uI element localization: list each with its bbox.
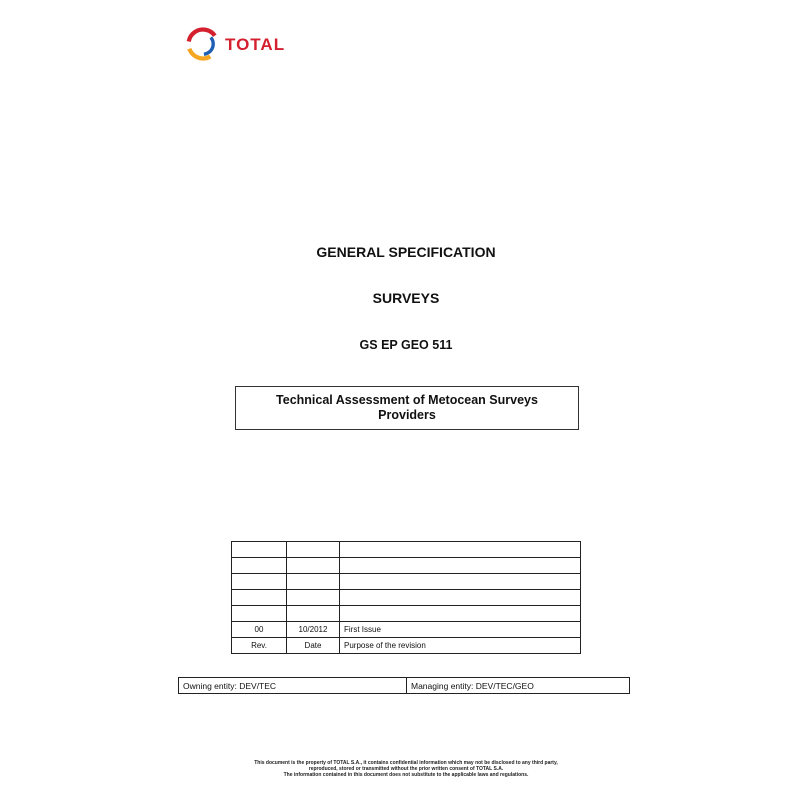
table-row [232,542,581,558]
total-logo-icon [186,27,220,61]
document-reference: GS EP GEO 511 [0,338,800,352]
company-logo: TOTAL [186,27,285,61]
purpose-cell [340,542,581,558]
confidentiality-notice: This document is the property of TOTAL S… [0,760,800,778]
table-row [232,606,581,622]
purpose-cell: First Issue [340,622,581,638]
date-cell [287,590,340,606]
date-header: Date [287,638,340,654]
subject-line-2: Providers [236,408,578,423]
rev-header: Rev. [232,638,287,654]
entity-table: Owning entity: DEV/TEC Managing entity: … [178,677,630,694]
date-cell [287,558,340,574]
table-row [232,574,581,590]
rev-cell [232,558,287,574]
document-title: GENERAL SPECIFICATION [0,244,800,260]
date-cell: 10/2012 [287,622,340,638]
date-cell [287,542,340,558]
subject-line-1: Technical Assessment of Metocean Surveys [236,393,578,408]
purpose-cell [340,574,581,590]
subject-box: Technical Assessment of Metocean Surveys… [235,386,579,430]
purpose-header: Purpose of the revision [340,638,581,654]
logo-text: TOTAL [225,35,285,55]
rev-cell [232,606,287,622]
table-row: Owning entity: DEV/TEC Managing entity: … [179,678,630,694]
revision-table: 00 10/2012 First Issue Rev. Date Purpose… [231,541,581,654]
date-cell [287,606,340,622]
table-row [232,590,581,606]
table-row [232,558,581,574]
footer-line-3: The information contained in this docume… [0,772,800,778]
managing-entity: Managing entity: DEV/TEC/GEO [407,678,630,694]
table-row: 00 10/2012 First Issue [232,622,581,638]
rev-cell: 00 [232,622,287,638]
purpose-cell [340,590,581,606]
owning-entity: Owning entity: DEV/TEC [179,678,407,694]
rev-cell [232,574,287,590]
document-subtitle: SURVEYS [0,290,800,306]
purpose-cell [340,558,581,574]
date-cell [287,574,340,590]
purpose-cell [340,606,581,622]
table-header-row: Rev. Date Purpose of the revision [232,638,581,654]
rev-cell [232,590,287,606]
rev-cell [232,542,287,558]
